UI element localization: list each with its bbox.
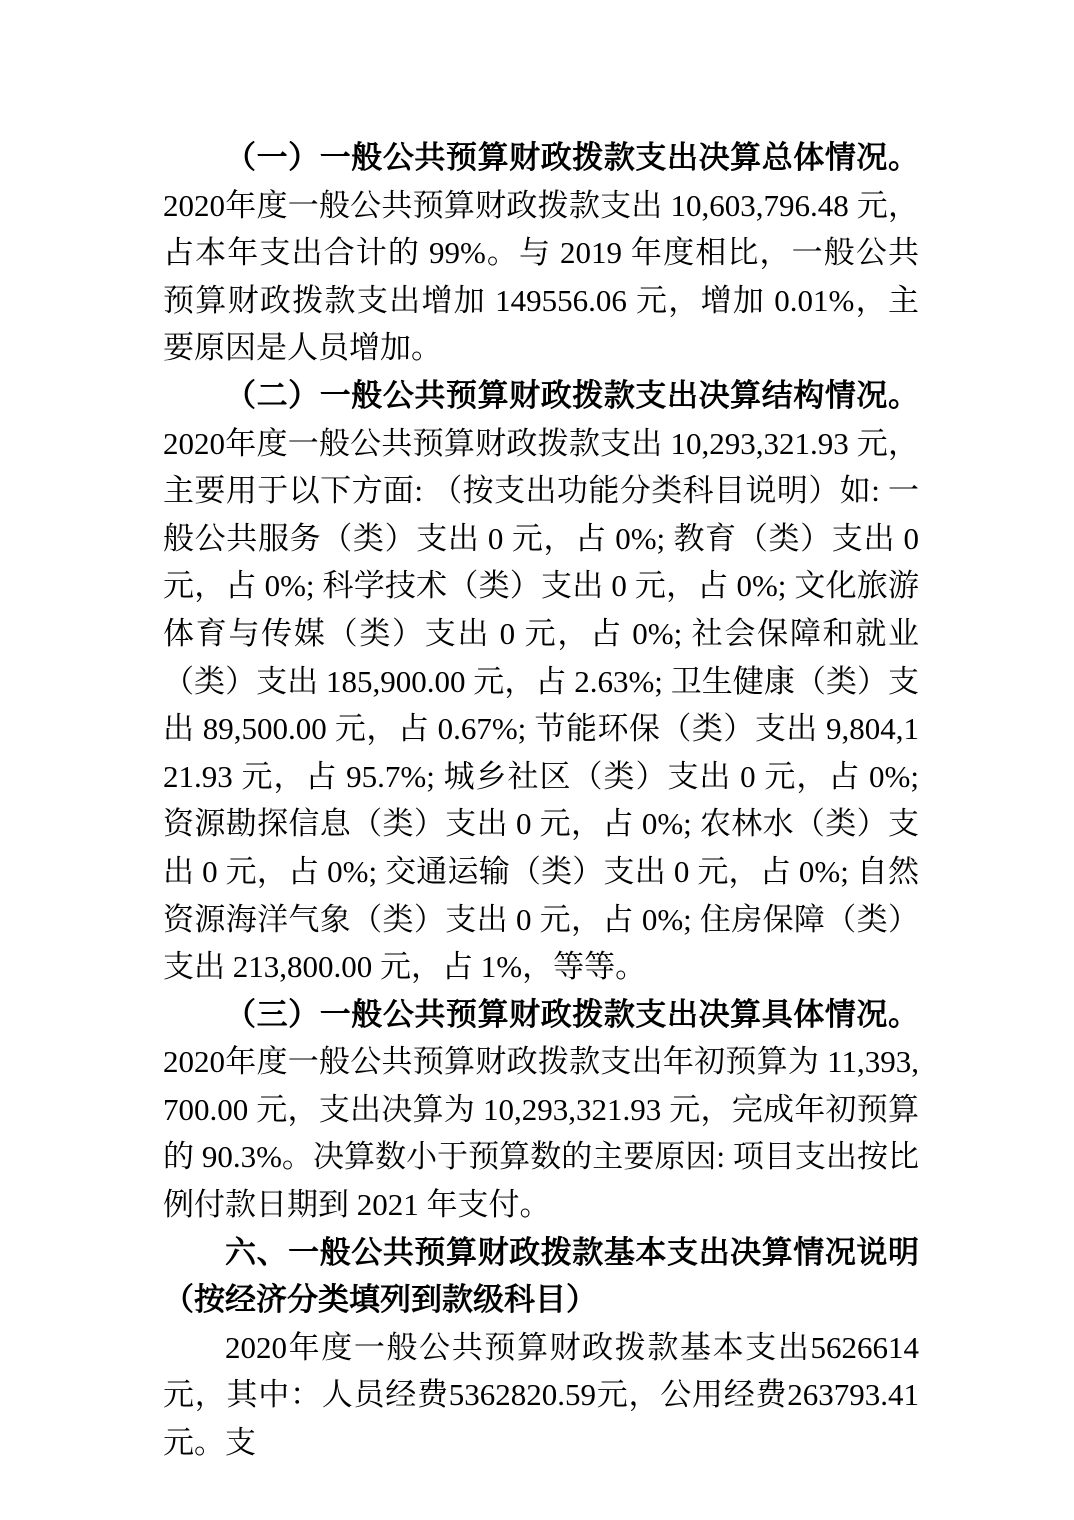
paragraph-2-bold-heading: （二）一般公共预算财政拨款支出决算结构情况。 — [225, 378, 919, 413]
document-page: （一）一般公共预算财政拨款支出决算总体情况。2020年度一般公共预算财政拨款支出… — [0, 0, 1074, 1520]
document-content: （一）一般公共预算财政拨款支出决算总体情况。2020年度一般公共预算财政拨款支出… — [163, 134, 919, 1467]
paragraph-1-body: 2020年度一般公共预算财政拨款支出 10,603,796.48 元，占本年支出… — [163, 188, 919, 366]
paragraph-heading-section-6: 六、一般公共预算财政拨款基本支出决算情况说明（按经济分类填列到款级科目） — [163, 1229, 919, 1324]
paragraph-5-body: 2020年度一般公共预算财政拨款基本支出5626614元，其中：人员经费5362… — [163, 1330, 919, 1460]
paragraph-1-bold-heading: （一）一般公共预算财政拨款支出决算总体情况。 — [225, 140, 919, 175]
paragraph-3-bold-heading: （三）一般公共预算财政拨款支出决算具体情况。 — [225, 997, 919, 1032]
paragraph-basic-expenditure: 2020年度一般公共预算财政拨款基本支出5626614元，其中：人员经费5362… — [163, 1324, 919, 1467]
paragraph-section-1-overall: （一）一般公共预算财政拨款支出决算总体情况。2020年度一般公共预算财政拨款支出… — [163, 134, 919, 372]
paragraph-2-body: 2020年度一般公共预算财政拨款支出 10,293,321.93 元，主要用于以… — [163, 426, 919, 985]
paragraph-3-body: 2020年度一般公共预算财政拨款支出年初预算为 11,393,700.00 元，… — [163, 1044, 919, 1222]
paragraph-section-3-specific: （三）一般公共预算财政拨款支出决算具体情况。2020年度一般公共预算财政拨款支出… — [163, 991, 919, 1229]
paragraph-4-bold-heading: 六、一般公共预算财政拨款基本支出决算情况说明（按经济分类填列到款级科目） — [163, 1235, 919, 1318]
paragraph-section-2-structure: （二）一般公共预算财政拨款支出决算结构情况。2020年度一般公共预算财政拨款支出… — [163, 372, 919, 991]
